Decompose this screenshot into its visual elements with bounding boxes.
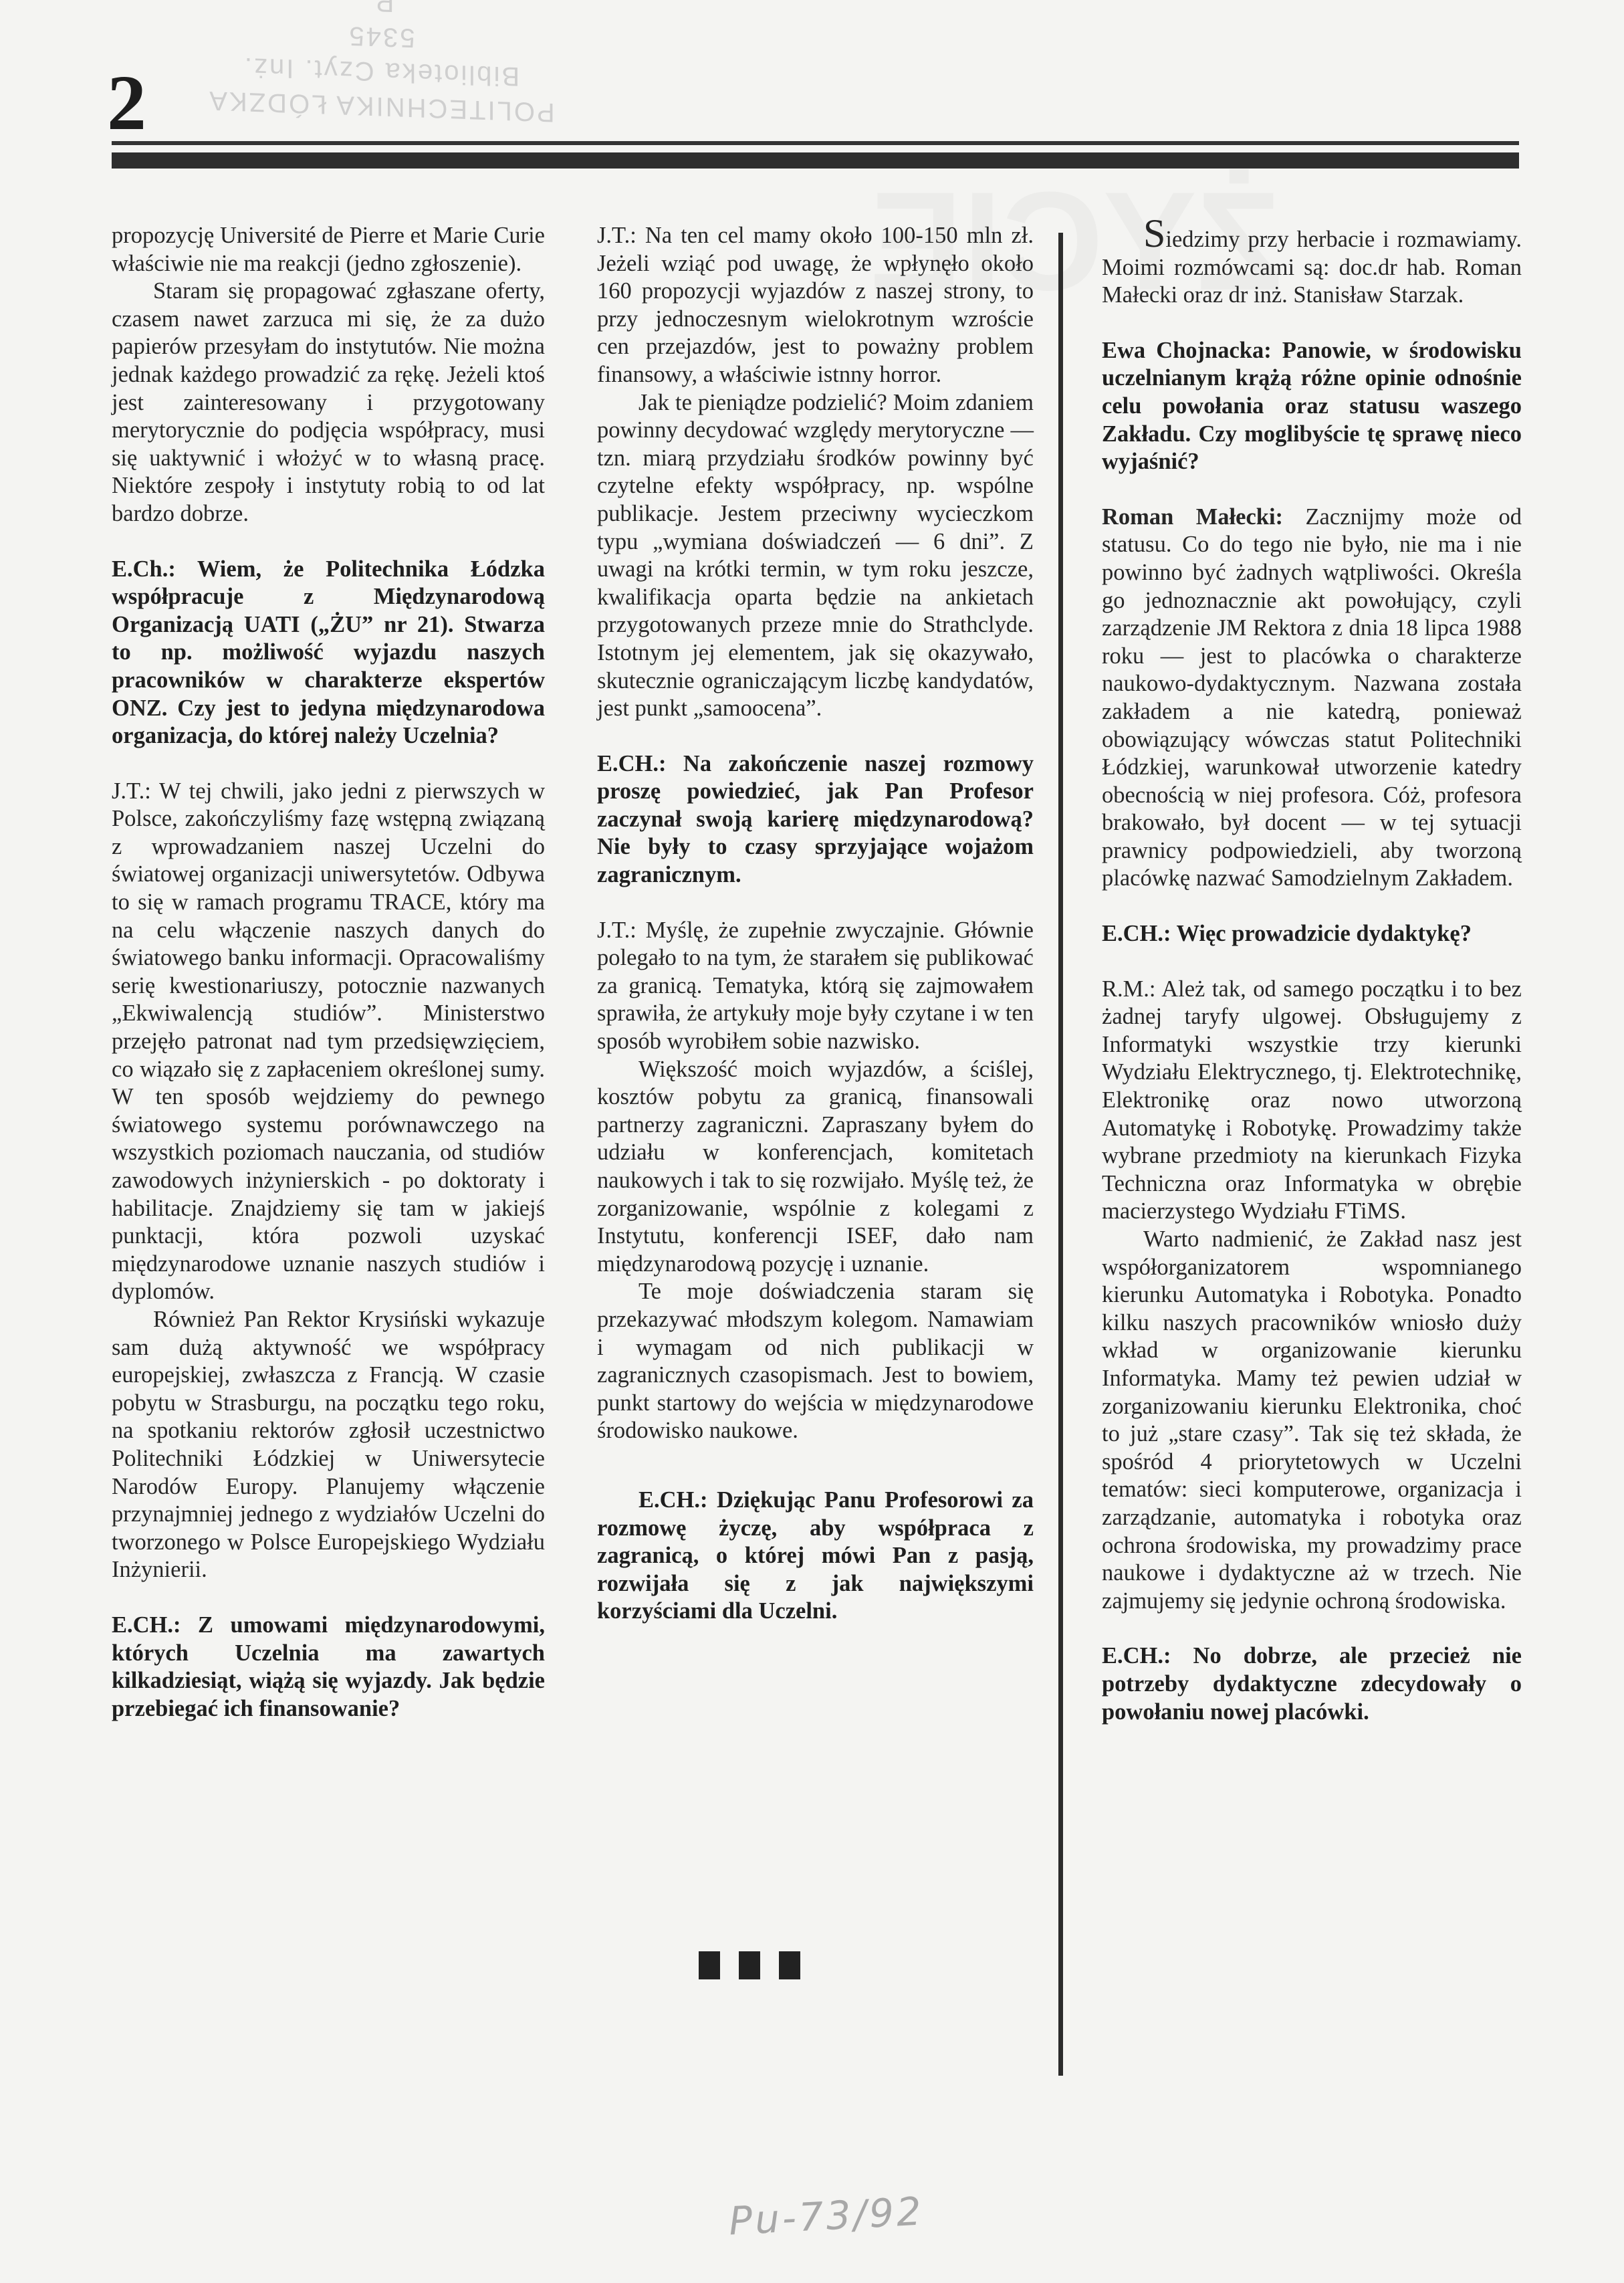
page-number: 2	[107, 64, 146, 142]
column-divider	[1058, 233, 1063, 2076]
interview-answer: J.T.: W tej chwili, jako jedni z pierwsz…	[112, 778, 545, 1306]
interview-question: E.CH.: Więc prowadzicie dydaktykę?	[1102, 920, 1522, 948]
article-column-2: J.T.: Na ten cel mamy około 100-150 mln …	[597, 222, 1034, 1626]
paragraph: Staram się propagować zgłaszane oferty, …	[112, 278, 545, 528]
interview-answer: J.T.: Myślę, że zupełnie zwyczajnie. Głó…	[597, 917, 1034, 1056]
speaker-label: Roman Małecki:	[1102, 504, 1283, 530]
end-mark-square	[699, 1951, 720, 1979]
interview-closing: E.CH.: Dziękując Panu Profesorowi za roz…	[597, 1487, 1034, 1626]
paragraph: Większość moich wyjazdów, a ściślej, kos…	[597, 1056, 1034, 1279]
article-column-3: Siedzimy przy herbacie i rozmawiamy. Moi…	[1102, 222, 1522, 1726]
library-stamp: POLITECHNIKA ŁÓDZKA Biblioteka Czyt. Inż…	[154, 0, 608, 132]
interview-question: E.CH.: No dobrze, ale przecież nie potrz…	[1102, 1642, 1522, 1726]
intro-paragraph: Siedzimy przy herbacie i rozmawiamy. Moi…	[1102, 222, 1522, 310]
end-mark-square	[779, 1951, 800, 1979]
answer-text: Zacznijmy może od statusu. Co do tego ni…	[1102, 504, 1522, 891]
handwritten-catalog-note: Pu-73/92	[727, 2188, 925, 2244]
paragraph: Warto nadmienić, że Zakład nasz jest wsp…	[1102, 1226, 1522, 1615]
interview-question: E.CH.: Na zakończenie naszej rozmowy pro…	[597, 750, 1034, 889]
interview-question: E.Ch.: Wiem, że Politechnika Łódzka wspó…	[112, 556, 545, 750]
end-of-article-marks	[699, 1951, 800, 1979]
paragraph: Te moje doświadczenia staram się przekaz…	[597, 1278, 1034, 1445]
interview-question: E.CH.: Z umowami międzynarodowymi, który…	[112, 1612, 545, 1723]
article-column-1: propozycję Université de Pierre et Marie…	[112, 222, 545, 1723]
header-rule-thin	[112, 141, 1519, 145]
header-rule-thick	[112, 152, 1519, 169]
end-mark-square	[739, 1951, 760, 1979]
paragraph: Jak te pieniądze podzielić? Moim zdaniem…	[597, 389, 1034, 723]
interview-answer: Roman Małecki: Zacznijmy może od statusu…	[1102, 504, 1522, 893]
interview-question: Ewa Chojnacka: Panowie, w środowisku ucz…	[1102, 337, 1522, 476]
dropcap: S	[1143, 211, 1165, 255]
interview-answer: J.T.: Na ten cel mamy około 100-150 mln …	[597, 222, 1034, 389]
paragraph: propozycję Université de Pierre et Marie…	[112, 222, 545, 278]
intro-text: iedzimy przy herbacie i rozmawiamy. Moim…	[1102, 227, 1522, 308]
interview-answer: R.M.: Ależ tak, od samego początku i to …	[1102, 976, 1522, 1226]
paragraph: Również Pan Rektor Krysiński wykazuje sa…	[112, 1306, 545, 1584]
